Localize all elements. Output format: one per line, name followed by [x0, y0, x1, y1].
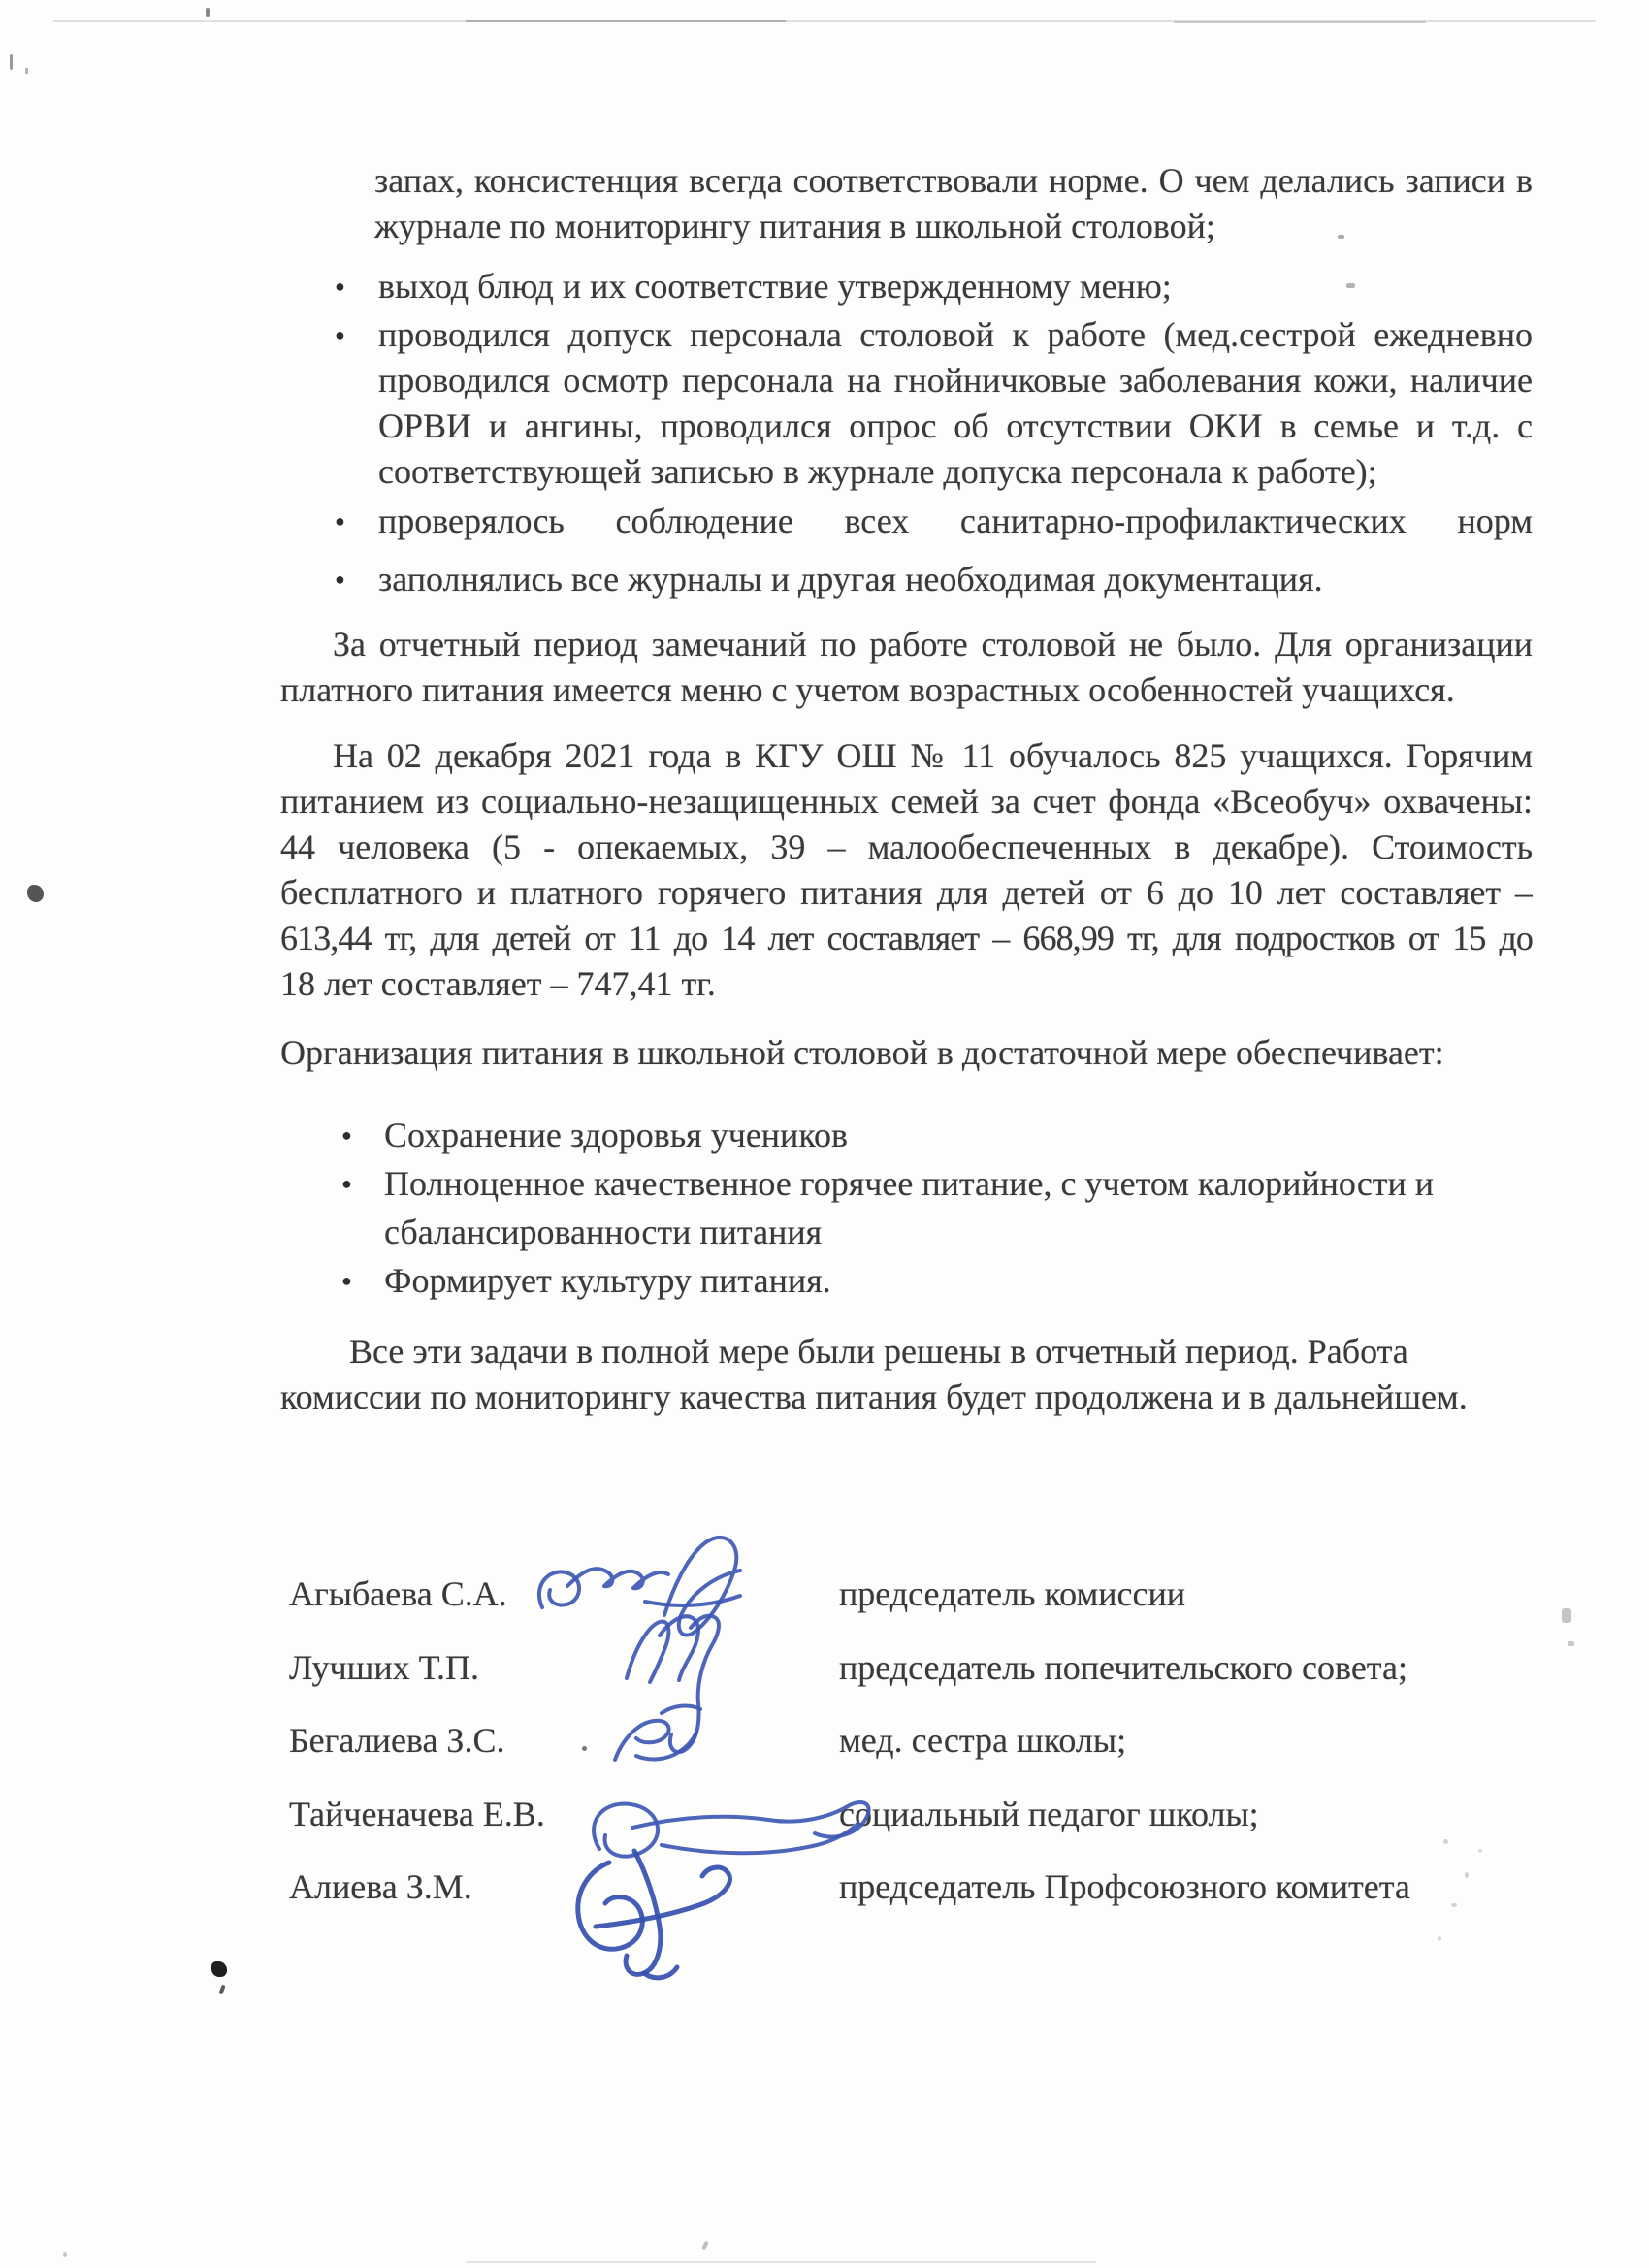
- scan-speck: [211, 1961, 227, 1977]
- signature-row: Бегалиева З.С. мед. сестра школы;: [0, 1718, 1649, 1764]
- signer-name: Алиева З.М.: [289, 1864, 472, 1910]
- list-item: ● Сохранение здоровья учеников: [384, 1113, 1538, 1158]
- scan-line-artifact: [466, 20, 786, 22]
- text-line: 18 лет составляет – 747,41 тг.: [280, 961, 1533, 1007]
- bullet-icon: ●: [335, 312, 345, 358]
- list-item: ● Формирует культуру питания.: [384, 1258, 1538, 1304]
- scan-speck: [206, 8, 210, 17]
- scan-line-artifact: [466, 2261, 1096, 2263]
- scan-speck: [1451, 1903, 1457, 1907]
- text-line: проводился допуск персонала столовой к р…: [378, 312, 1533, 358]
- list-item: ● заполнялись все журналы и другая необх…: [378, 557, 1533, 602]
- text-line: 44 человека (5 - опекаемых, 39 – малообе…: [280, 825, 1533, 870]
- text-line: выход блюд и их соответствие утвержденно…: [378, 264, 1533, 309]
- list-item: ● выход блюд и их соответствие утвержден…: [378, 264, 1533, 309]
- text-line: За отчетный период замечаний по работе с…: [280, 622, 1533, 667]
- bullet-continuation: запах, консистенция всегда соответствова…: [374, 158, 1533, 249]
- text-line: Формирует культуру питания.: [384, 1258, 1538, 1304]
- scan-line-artifact: [1174, 21, 1426, 23]
- text-line: бесплатного и платного горячего питания …: [280, 870, 1533, 916]
- bullet-icon: ●: [335, 557, 345, 602]
- scan-speck: [10, 54, 13, 70]
- text-line: Сохранение здоровья учеников: [384, 1113, 1538, 1158]
- scan-speck: [582, 1746, 587, 1751]
- text-line: платного питания имеется меню с учетом в…: [280, 667, 1533, 713]
- scan-speck: [1346, 283, 1355, 288]
- signature-ink-begalieva: [603, 1700, 720, 1787]
- scan-speck: [27, 885, 44, 902]
- text-line: журнале по мониторингу питания в школьно…: [374, 204, 1533, 249]
- bullet-icon: ●: [335, 499, 345, 544]
- text-line: проводился осмотр персонала на гнойничко…: [378, 358, 1533, 404]
- text-line: 613,44 тг, для детей от 11 до 14 лет сос…: [280, 916, 1533, 961]
- text-line: На 02 декабря 2021 года в КГУ ОШ № 11 об…: [280, 733, 1533, 779]
- scan-speck: [1465, 1872, 1469, 1878]
- paragraph-report: За отчетный период замечаний по работе с…: [280, 622, 1533, 713]
- scan-speck: [1562, 1608, 1571, 1623]
- paragraph-final: Все эти задачи в полной мере были решены…: [280, 1329, 1533, 1420]
- text-line: заполнялись все журналы и другая необход…: [378, 557, 1533, 602]
- signer-name: Бегалиева З.С.: [289, 1718, 504, 1764]
- text-line: запах, консистенция всегда соответствова…: [374, 158, 1533, 204]
- signature-row: Агыбаева С.А. председатель комиссии: [0, 1571, 1649, 1617]
- scan-speck: [25, 68, 28, 74]
- text-line: ОРВИ и ангины, проводился опрос об отсут…: [378, 404, 1533, 449]
- scan-speck: [63, 2252, 67, 2257]
- bullet-icon: ●: [335, 264, 345, 309]
- signature-row: Лучших Т.П. председатель попечительского…: [0, 1645, 1649, 1691]
- scan-speck: [1568, 1641, 1574, 1646]
- list-item: ● Полноценное качественное горячее питан…: [384, 1161, 1538, 1255]
- scan-speck: [218, 1985, 225, 1995]
- signer-name: Тайченачева Е.В.: [289, 1792, 545, 1837]
- paragraph-statistics: На 02 декабря 2021 года в КГУ ОШ № 11 об…: [280, 733, 1533, 1007]
- bullet-icon: ●: [341, 1113, 352, 1158]
- signature-ink-alieva: [553, 1830, 761, 1985]
- text-line: сбалансированности питания: [384, 1210, 1538, 1255]
- scan-speck: [1438, 1936, 1441, 1941]
- signer-title: председатель комиссии: [839, 1571, 1185, 1617]
- signer-title: социальный педагог школы;: [839, 1792, 1259, 1837]
- signer-title: мед. сестра школы;: [839, 1718, 1126, 1764]
- text-line: питанием из социально-незащищенных семей…: [280, 779, 1533, 825]
- signer-title: председатель Профсоюзного комитета: [839, 1864, 1410, 1910]
- text-line: проверялось соблюдение всех санитарно-пр…: [378, 499, 1533, 544]
- bullet-icon: ●: [341, 1161, 352, 1207]
- scan-speck: [1478, 1849, 1482, 1853]
- list-item: ● проверялось соблюдение всех санитарно-…: [378, 499, 1533, 544]
- text-line: Все эти задачи в полной мере были решены…: [280, 1329, 1533, 1375]
- text-line: Организация питания в школьной столовой …: [280, 1030, 1533, 1076]
- signer-name: Лучших Т.П.: [289, 1645, 479, 1691]
- text-line: Полноценное качественное горячее питание…: [384, 1161, 1538, 1207]
- signer-name: Агыбаева С.А.: [289, 1571, 507, 1617]
- signer-title: председатель попечительского совета;: [839, 1645, 1407, 1691]
- text-line: комиссии по мониторингу качества питания…: [280, 1375, 1533, 1420]
- text-line: соответствующей записью в журнале допуск…: [378, 449, 1533, 495]
- scan-speck: [1338, 235, 1344, 239]
- paragraph-organization: Организация питания в школьной столовой …: [280, 1030, 1533, 1076]
- bullet-icon: ●: [341, 1258, 352, 1304]
- scan-speck: [1443, 1839, 1448, 1844]
- scanned-document-page: запах, консистенция всегда соответствова…: [0, 0, 1649, 2268]
- list-item: ● проводился допуск персонала столовой к…: [378, 312, 1533, 495]
- scan-speck: [701, 2241, 709, 2251]
